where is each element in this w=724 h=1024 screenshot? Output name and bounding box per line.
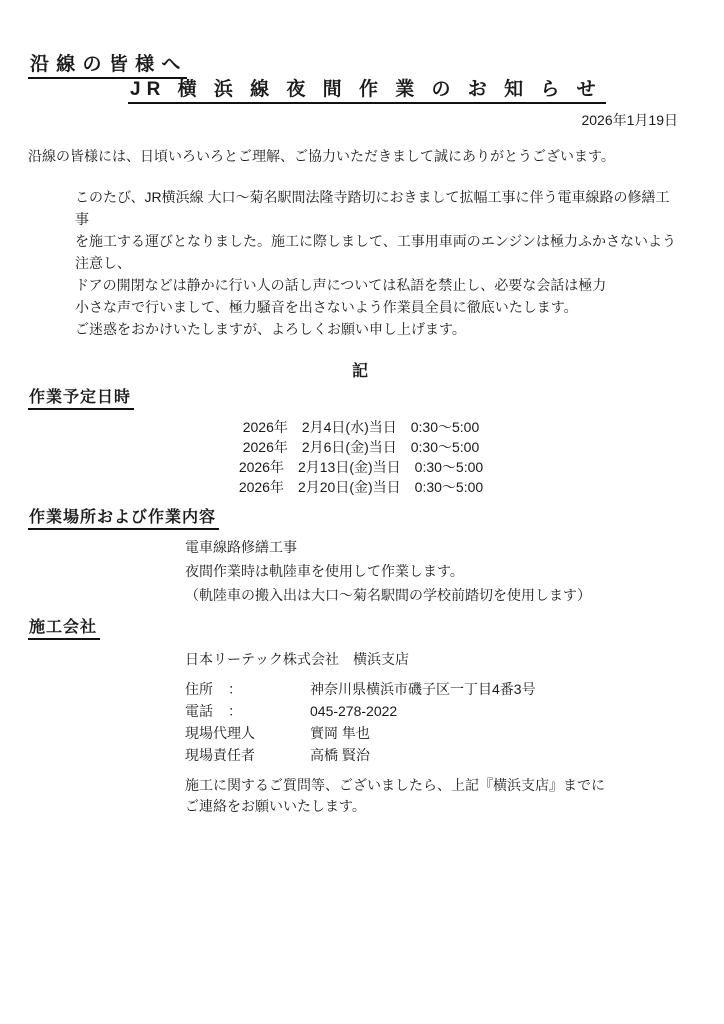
detail-value-site-agent: 實岡 隼也 — [310, 722, 370, 744]
section-heading-location: 作業場所および作業内容 — [28, 503, 680, 530]
section-heading-schedule: 作業予定日時 — [28, 383, 680, 410]
detail-value-site-manager: 高橋 賢治 — [310, 744, 370, 766]
notice-document-page: 沿 線 の 皆 様 へ JR 横 浜 線 夜 間 作 業 の お 知 ら せ 2… — [0, 0, 724, 1024]
contact-note: 施工に関するご質問等、ございましたら、上記『横浜支店』までに ご連絡をお願いいた… — [185, 775, 680, 817]
body-line: ご迷惑をおかけいたしますが、よろしくお願い申し上げます。 — [75, 318, 680, 340]
detail-label: 住所 — [185, 678, 228, 700]
detail-value-phone: 045-278-2022 — [310, 700, 397, 722]
location-details: 電車線路修繕工事 夜間作業時は軌陸車を使用して作業します。 （軌陸車の搬入出は大… — [185, 535, 680, 607]
body-line: ドアの開閉などは静かに行い人の話し声については私語を禁止し、必要な会話は極力 — [75, 274, 680, 296]
body-line: を施工する運びとなりました。施工に際しまして、工事用車両のエンジンは極力ふかさな… — [75, 230, 680, 274]
addressee-heading-text: 沿 線 の 皆 様 へ — [28, 55, 187, 79]
detail-label: 現場代理人 — [185, 722, 255, 744]
contact-note-line: ご連絡をお願いいたします。 — [185, 796, 680, 817]
contact-note-line: 施工に関するご質問等、ございましたら、上記『横浜支店』までに — [185, 775, 680, 796]
body-line: 小さな声で行いまして、極力騒音を出さないよう作業員全員に徹底いたします。 — [75, 296, 680, 318]
section-heading-company-text: 施工会社 — [28, 620, 100, 640]
company-detail-row-site-manager: 現場責任者 高橋 賢治 — [185, 744, 680, 766]
company-detail-row-address: 住所： 神奈川県横浜市磯子区一丁目4番3号 — [185, 678, 680, 700]
company-name: 日本リーテック株式会社 横浜支店 — [185, 649, 680, 669]
location-line: 電車線路修繕工事 — [185, 535, 680, 559]
document-title: JR 横 浜 線 夜 間 作 業 の お 知 ら せ — [128, 80, 680, 104]
company-detail-row-phone: 電話： 045-278-2022 — [185, 700, 680, 722]
section-heading-company: 施工会社 — [28, 613, 680, 640]
detail-label: 現場責任者 — [185, 744, 255, 766]
greeting-text: 沿線の皆様には、日頃いろいろとご理解、ご協力いただきまして誠にありがとうございま… — [28, 146, 680, 166]
company-details: 日本リーテック株式会社 横浜支店 住所： 神奈川県横浜市磯子区一丁目4番3号 電… — [185, 649, 680, 817]
schedule-date: 2026年 2月6日(金)当日 0:30～5:00 — [42, 437, 680, 457]
detail-separator: ： — [228, 703, 242, 719]
record-mark: 記 — [28, 358, 680, 381]
schedule-date: 2026年 2月20日(金)当日 0:30～5:00 — [42, 477, 680, 497]
document-date: 2026年1月19日 — [28, 110, 680, 130]
schedule-date: 2026年 2月13日(金)当日 0:30～5:00 — [42, 457, 680, 477]
body-line: このたび、JR横浜線 大口～菊名駅間法隆寺踏切におきまして拡幅工事に伴う電車線路… — [75, 186, 680, 230]
document-title-text: JR 横 浜 線 夜 間 作 業 の お 知 ら せ — [128, 80, 606, 104]
company-detail-row-site-agent: 現場代理人 實岡 隼也 — [185, 722, 680, 744]
section-heading-schedule-text: 作業予定日時 — [28, 390, 134, 410]
body-paragraph: このたび、JR横浜線 大口～菊名駅間法隆寺踏切におきまして拡幅工事に伴う電車線路… — [75, 186, 680, 340]
location-line: （軌陸車の搬入出は大口～菊名駅間の学校前踏切を使用します） — [185, 583, 680, 607]
addressee-heading: 沿 線 の 皆 様 へ — [28, 55, 680, 79]
company-detail-table: 住所： 神奈川県横浜市磯子区一丁目4番3号 電話： 045-278-2022 現… — [185, 678, 680, 766]
section-heading-location-text: 作業場所および作業内容 — [28, 510, 219, 530]
detail-label: 電話 — [185, 700, 228, 722]
schedule-date-list: 2026年 2月4日(水)当日 0:30～5:00 2026年 2月6日(金)当… — [28, 417, 680, 497]
detail-separator: ： — [228, 681, 242, 697]
location-line: 夜間作業時は軌陸車を使用して作業します。 — [185, 559, 680, 583]
schedule-date: 2026年 2月4日(水)当日 0:30～5:00 — [42, 417, 680, 437]
detail-value-address: 神奈川県横浜市磯子区一丁目4番3号 — [310, 678, 536, 700]
